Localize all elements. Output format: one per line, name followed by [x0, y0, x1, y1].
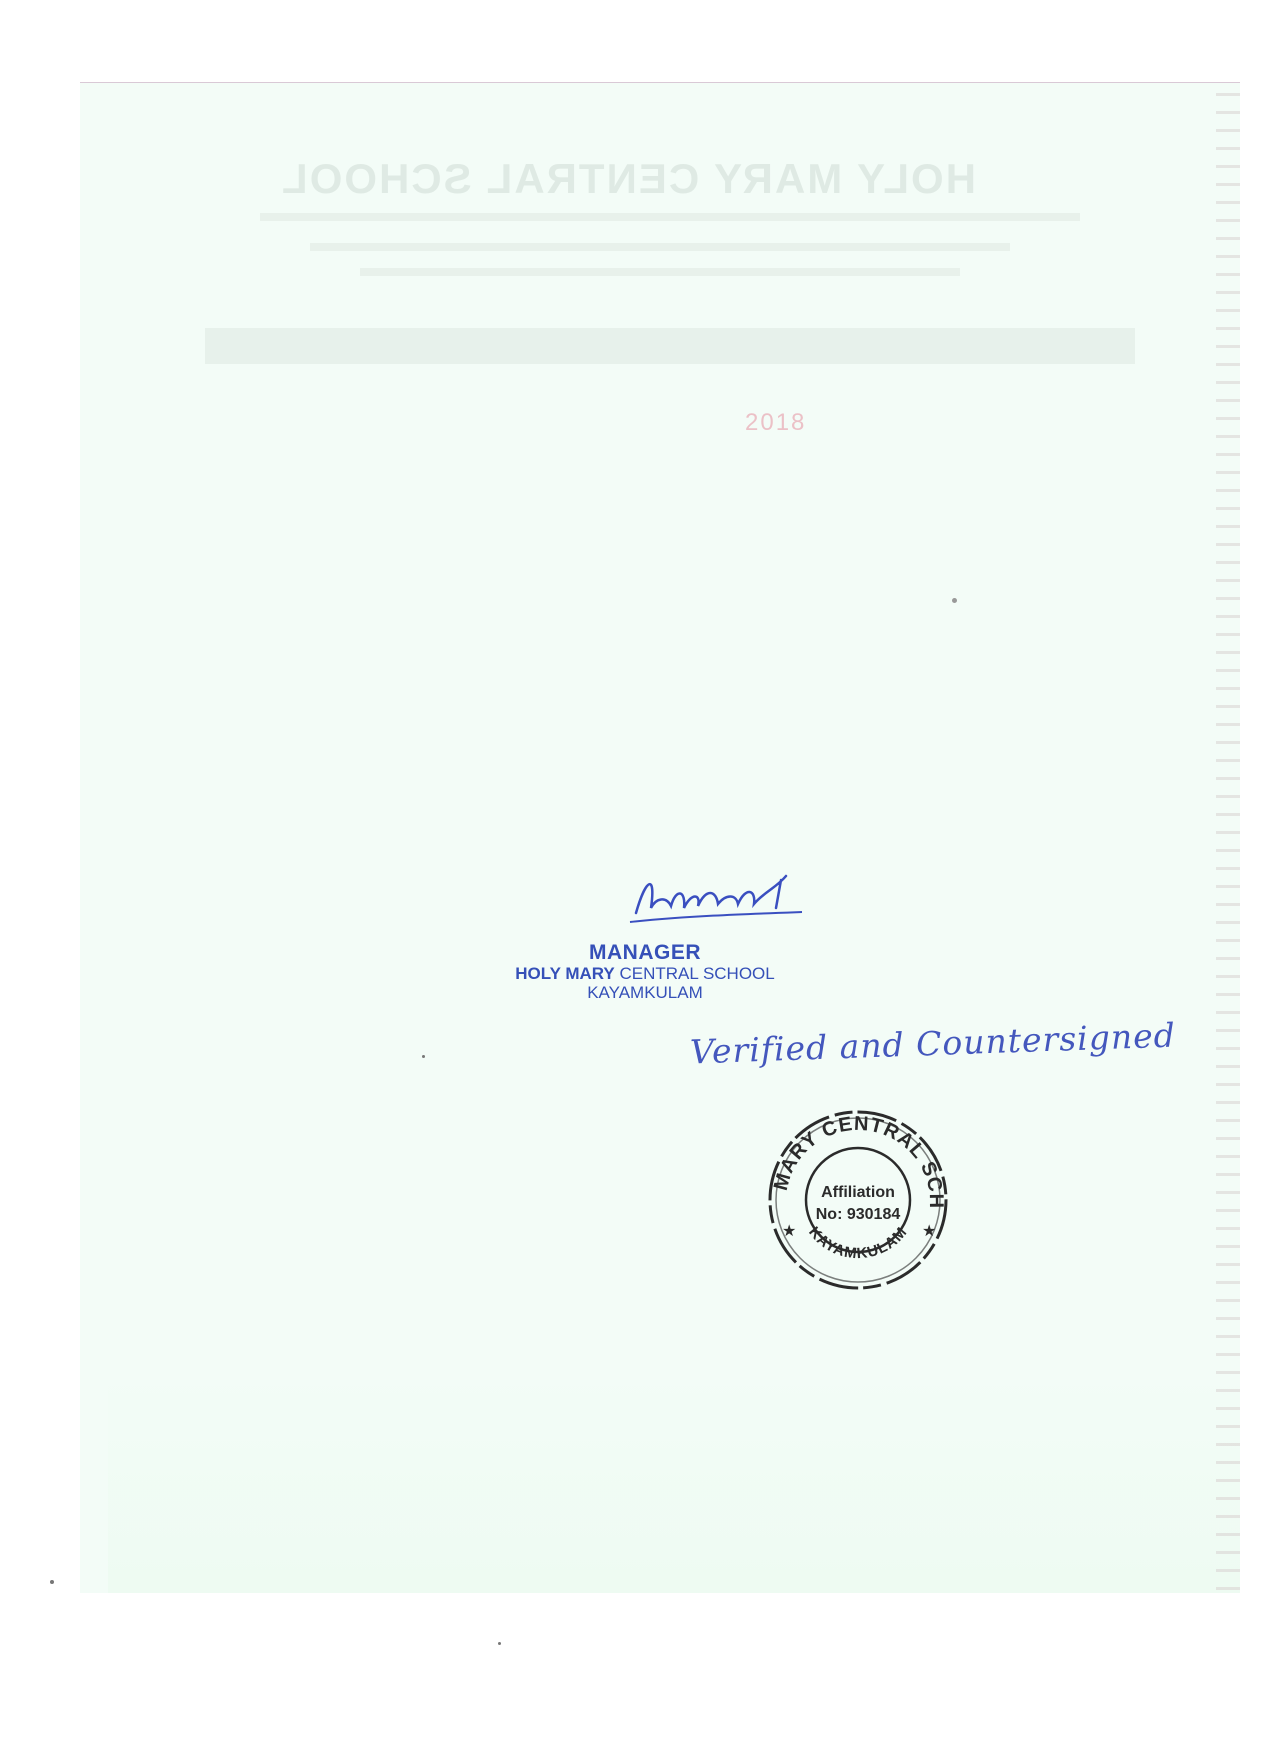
speck: [50, 1580, 54, 1584]
bleed-through-red-mark: 2018: [745, 409, 806, 437]
svg-text:Affiliation: Affiliation: [821, 1184, 895, 1201]
bleed-through-bar: [205, 328, 1135, 364]
bleed-through-line: [360, 268, 960, 276]
manager-stamp-block: MANAGER HOLY MARY CENTRAL SCHOOL KAYAMKU…: [490, 942, 800, 1002]
svg-text:KAYAMKULAM: KAYAMKULAM: [805, 1224, 911, 1263]
svg-text:No: 930184: No: 930184: [816, 1206, 901, 1223]
school-name-prefix: HOLY MARY: [515, 964, 615, 983]
school-place: KAYAMKULAM: [490, 983, 800, 1002]
svg-text:★: ★: [782, 1223, 796, 1240]
school-seal-stamp: HOLY MARY CENTRAL SCHOOL KAYAMKULAM ★ ★ …: [758, 1102, 958, 1292]
document-page: HOLY MARY CENTRAL SCHOOL 2018: [80, 82, 1240, 1593]
speck: [498, 1642, 501, 1645]
svg-text:★: ★: [922, 1223, 936, 1240]
speck: [952, 598, 957, 603]
bleed-through-line: [310, 243, 1010, 251]
speck: [422, 1055, 425, 1058]
bleed-through-title: HOLY MARY CENTRAL SCHOOL: [280, 155, 976, 203]
manager-title: MANAGER: [490, 942, 800, 964]
perforated-edge: [1216, 83, 1240, 1593]
school-name-rest: CENTRAL SCHOOL: [620, 964, 775, 983]
bleed-through-line: [260, 213, 1080, 221]
signature: [626, 868, 806, 928]
school-name: HOLY MARY CENTRAL SCHOOL: [490, 964, 800, 983]
paper-shade: [108, 1373, 1240, 1593]
